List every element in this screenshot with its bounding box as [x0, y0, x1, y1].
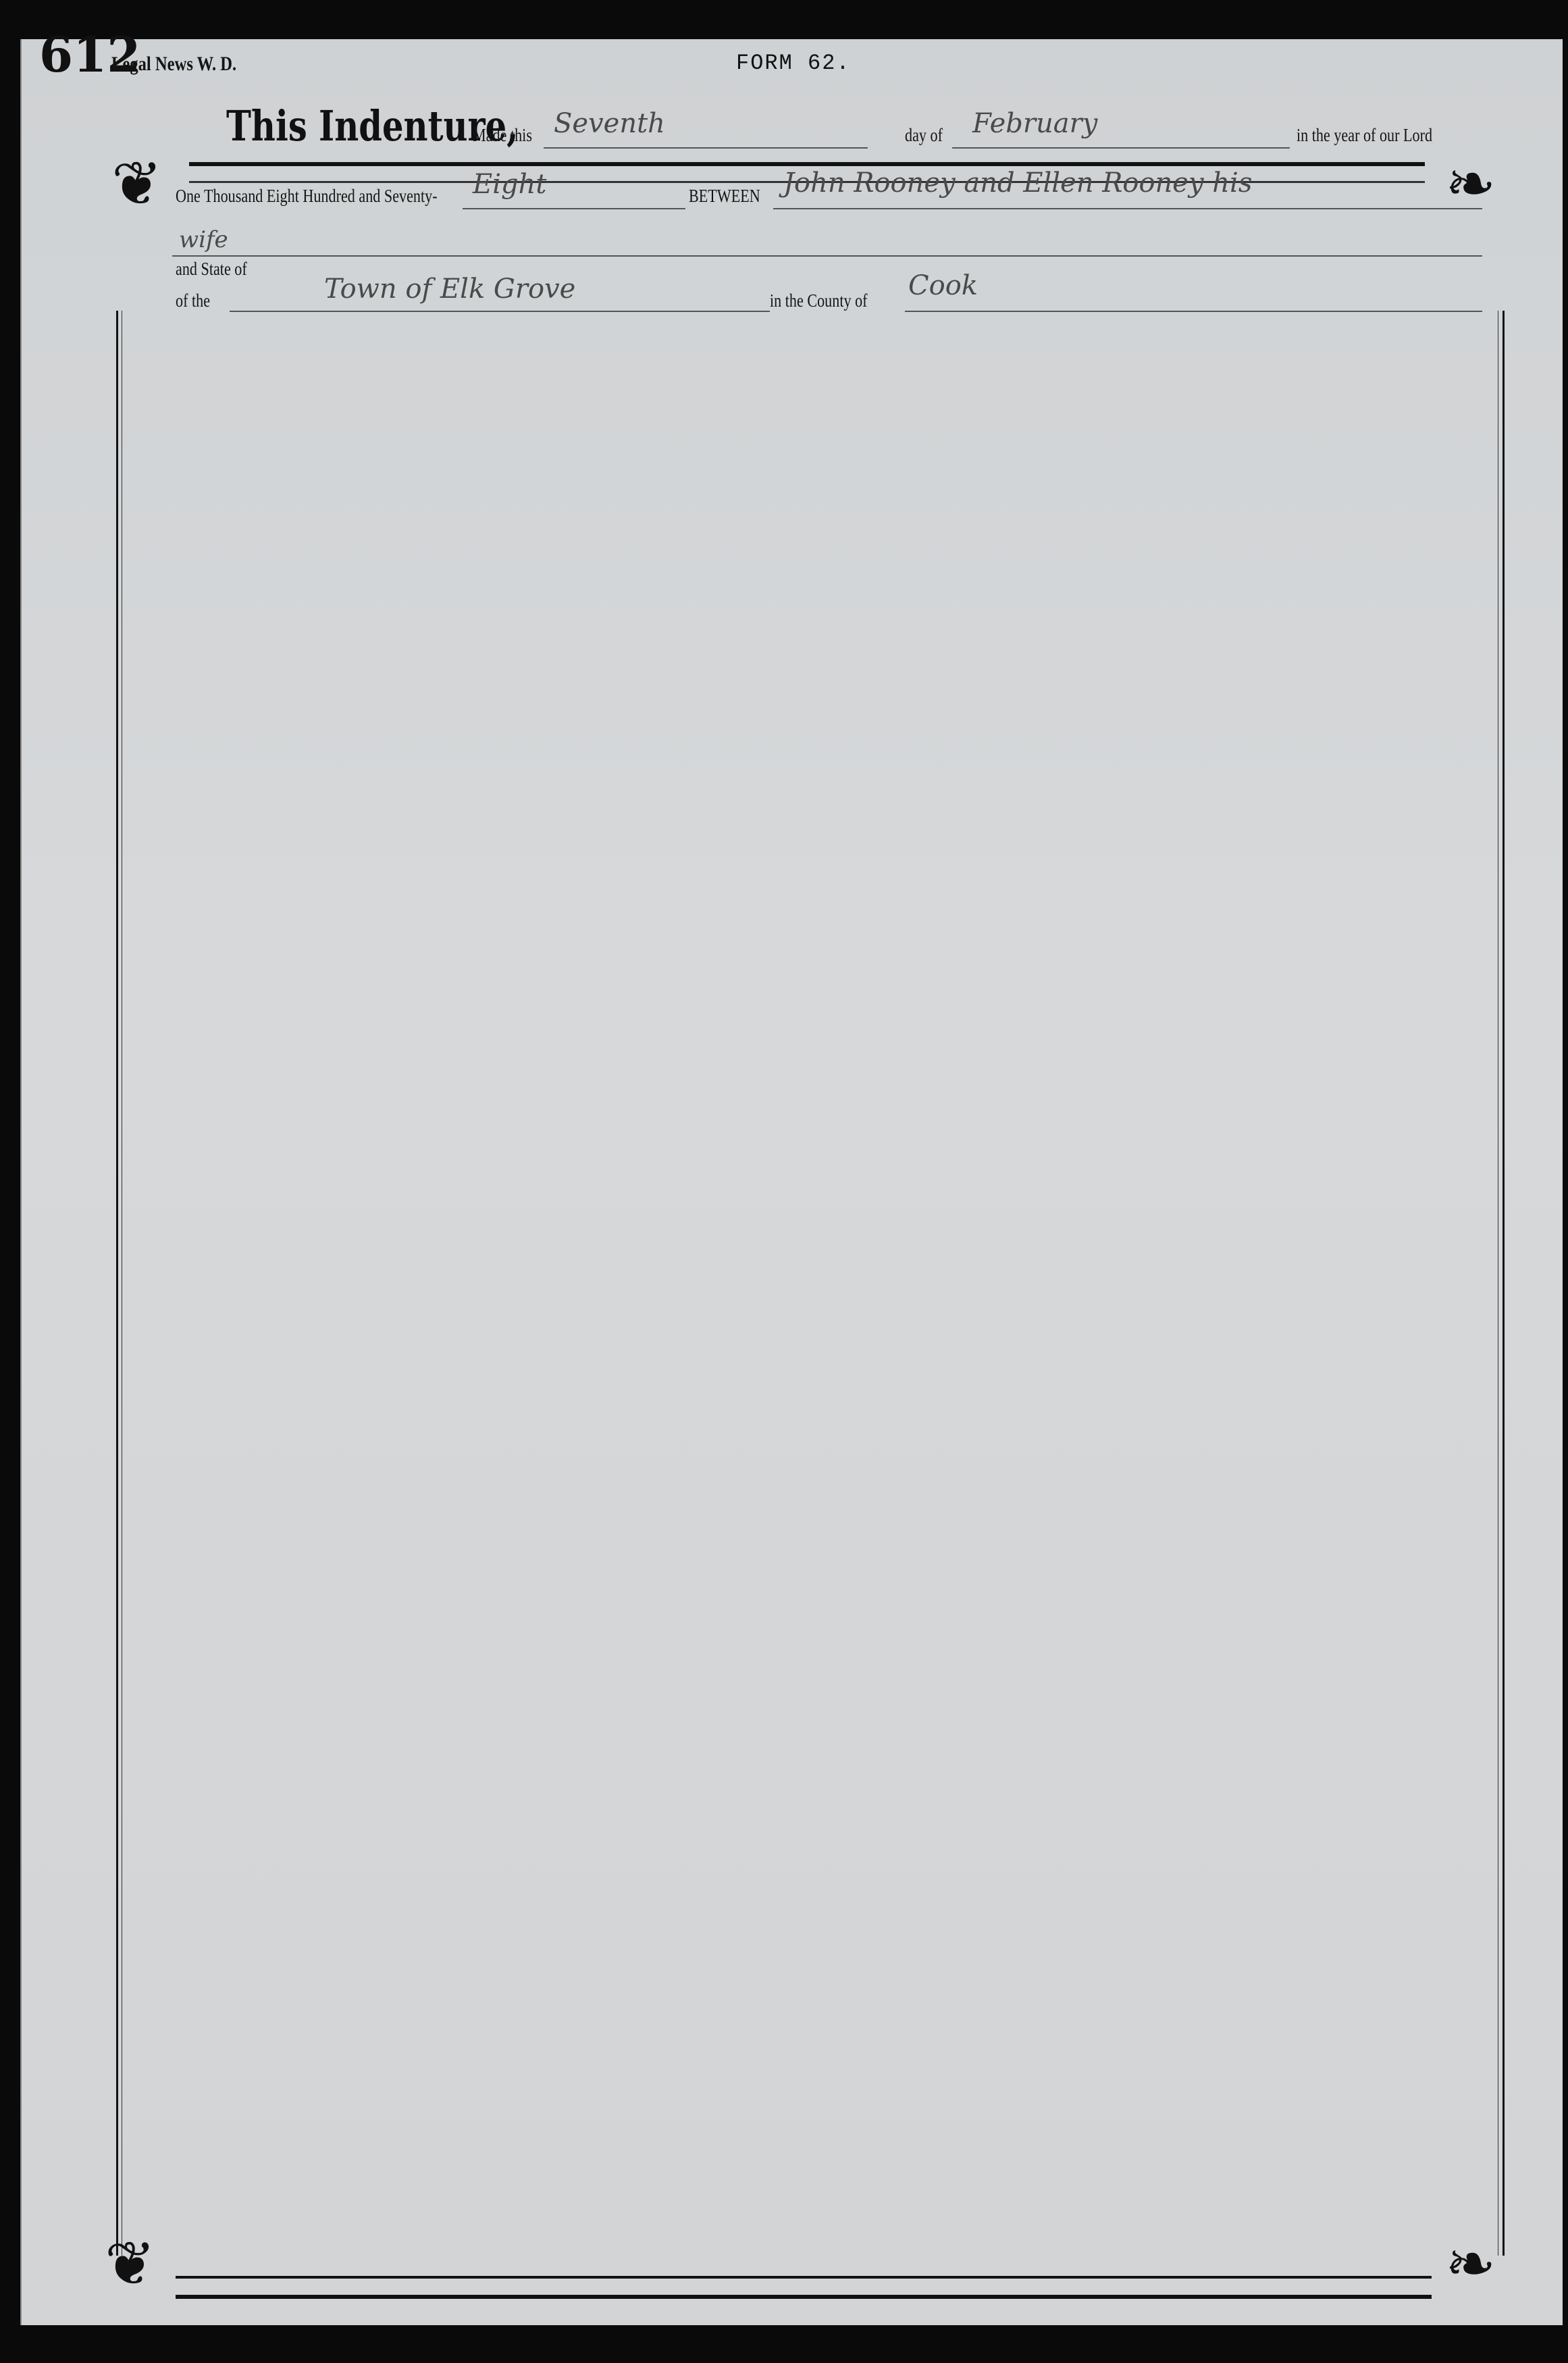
form-label: FORM 62. — [736, 51, 851, 76]
day-of-line — [952, 147, 1290, 149]
paper-sheet — [20, 39, 1563, 2325]
county-label: in the County of — [770, 290, 868, 311]
of-the-line — [230, 311, 770, 312]
day-of-label: day of — [905, 125, 943, 146]
between-value: John Rooney and Ellen Rooney his — [783, 167, 1252, 199]
of-the-label: of the — [176, 290, 210, 311]
made-this-label: Made this — [473, 125, 532, 146]
corner-ornament-icon: ❦ — [111, 149, 162, 219]
corner-ornament-icon: ❦ — [105, 2229, 155, 2300]
year-value: Eight — [473, 169, 546, 200]
publisher-label: Legal News W. D. — [111, 53, 236, 76]
frame-left-rule-inner — [122, 311, 122, 2256]
frame-right-rule — [1502, 311, 1505, 2256]
frame-bottom-rule — [176, 2276, 1432, 2279]
year-label: in the year of our Lord — [1297, 125, 1432, 146]
frame-right-rule-inner — [1498, 311, 1498, 2256]
deed-record-page: 612 Legal News W. D. FORM 62. ❦ ❧ ❦ ❧ Th… — [0, 0, 1568, 2363]
frame-left-rule — [116, 311, 118, 2256]
county-value: Cook — [908, 270, 978, 301]
between-line — [773, 208, 1482, 209]
between-label: BETWEEN — [689, 186, 760, 207]
made-this-line — [544, 147, 868, 149]
frame-top-rule — [189, 162, 1425, 166]
made-this-value: Seventh — [554, 108, 665, 139]
year-prefix: One Thousand Eight Hundred and Seventy- — [176, 186, 438, 207]
day-of-value: February — [972, 108, 1097, 139]
year-line — [463, 208, 685, 209]
frame-bottom-rule-2 — [176, 2295, 1432, 2299]
of-the-value: Town of Elk Grove — [324, 274, 575, 305]
wife-line — [172, 255, 1482, 257]
and-state-of-text: and State of — [176, 259, 247, 280]
between-continuation: wife — [179, 226, 228, 253]
county-line — [905, 311, 1482, 312]
corner-ornament-icon: ❧ — [1445, 2229, 1496, 2300]
